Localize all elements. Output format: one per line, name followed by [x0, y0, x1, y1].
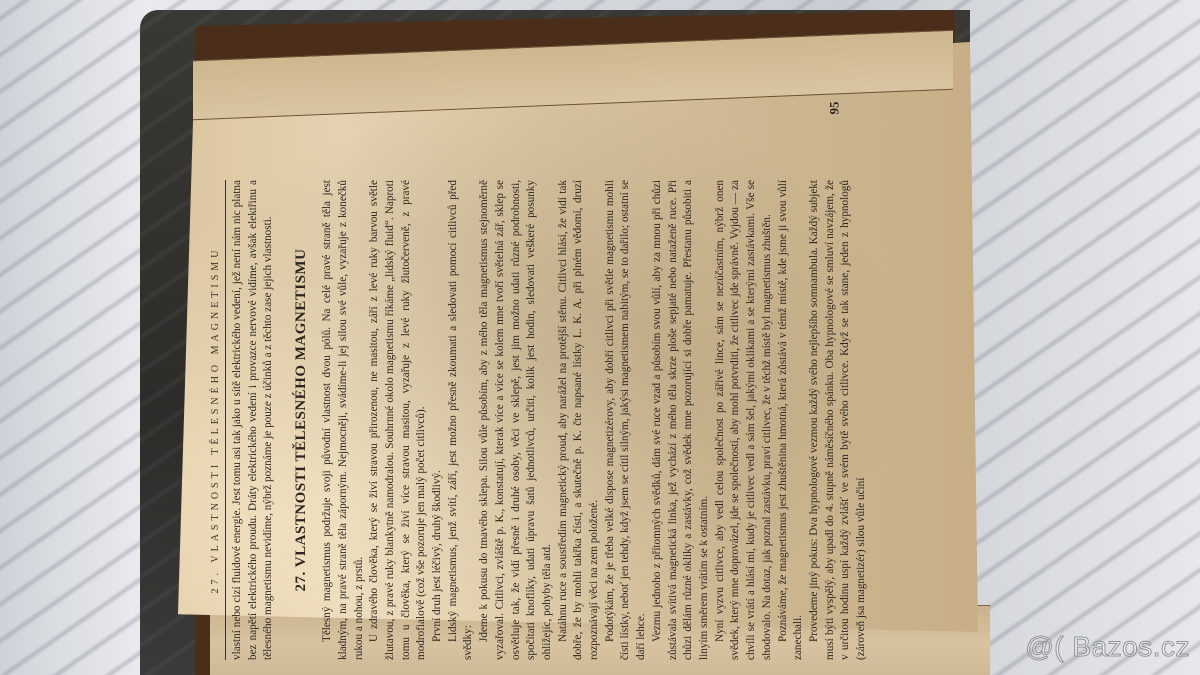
paragraph: Tělesný magnetismus podržuje svoji původ…	[320, 180, 367, 660]
chapter-title: 27. VLASTNOSTI TĚLESNÉHO MAGNETISMU	[293, 180, 310, 660]
paragraph: Jdeme k pokusu do tmavého sklepa. Silou …	[477, 180, 556, 660]
paragraph: Podotýkám, že je třeba velké dispose mag…	[603, 180, 650, 660]
page-text-rotated: 27. VLASTNOSTI TĚLESNÉHO MAGNETISMU vlas…	[210, 150, 870, 670]
intro-paragraph: vlastní nebo cizí fluidové energie. Jest…	[230, 180, 277, 660]
bazos-watermark: @( Bazos.cz	[1025, 631, 1190, 663]
paragraph: Provedeme jiný pokus: Dva hypnologové ve…	[807, 180, 870, 660]
page-number: 95	[827, 102, 843, 115]
paragraph: Poznáváme, že magnetismus jest zhuštěnin…	[776, 180, 807, 660]
paragraph: Lidský magnetismus, jenž svítí, září, je…	[446, 180, 477, 660]
paragraph: První druh jest léčivý, druhý škodlivý.	[430, 180, 446, 660]
paragraph: Natáhnu ruce a soustředím magnetický pro…	[556, 180, 603, 660]
paragraph: Vezmu jednoho z přítomných svědků, dám s…	[650, 180, 713, 660]
photo-scene: 27. VLASTNOSTI TĚLESNÉHO MAGNETISMU vlas…	[0, 0, 1200, 675]
paragraph: U zdravého člověka, který se živí stravo…	[367, 180, 430, 660]
running-head: 27. VLASTNOSTI TĚLESNÉHO MAGNETISMU	[210, 180, 226, 660]
paragraph: Nyní vyzvu citlivce, aby vedl celou spol…	[713, 180, 776, 660]
